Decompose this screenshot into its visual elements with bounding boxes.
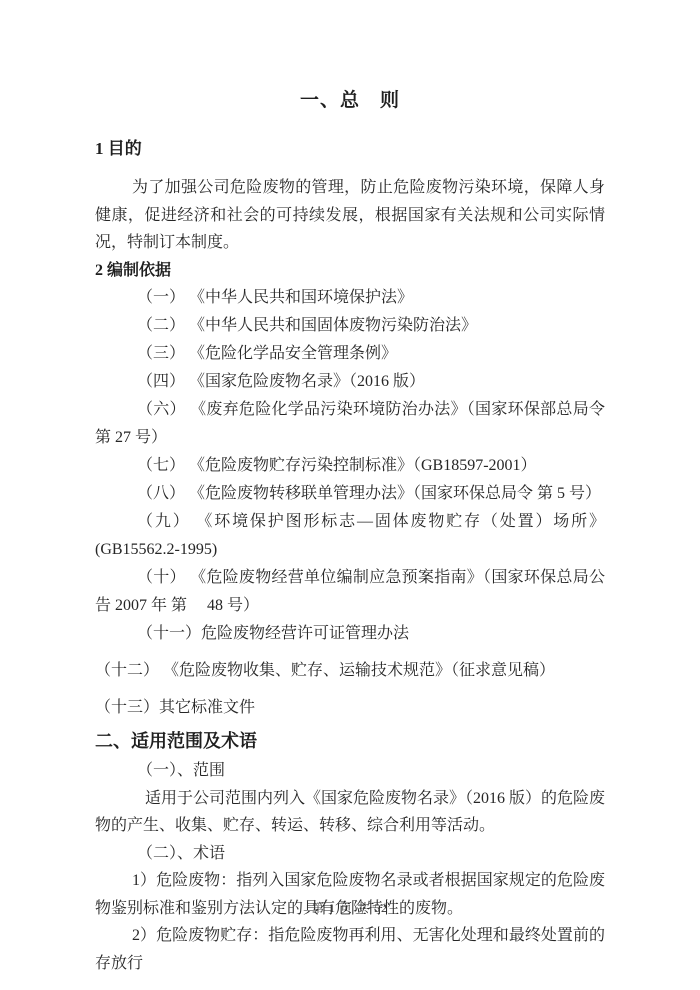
- document-content: 一、总 则 1 目的 为了加强公司危险废物的管理，防止危险废物污染环境，保障人身…: [95, 0, 605, 977]
- basis-item-3: （三） 《危险化学品安全管理条例》: [95, 340, 605, 368]
- basis-item-8: （八） 《危险废物转移联单管理办法》（国家环保总局令 第 5 号）: [95, 480, 605, 508]
- basis-item-13: （十三）其它标准文件: [95, 694, 605, 722]
- purpose-paragraph: 为了加强公司危险废物的管理，防止危险废物污染环境，保障人身健康，促进经济和社会的…: [95, 174, 605, 257]
- basis-item-1: （一） 《中华人民共和国环境保护法》: [95, 284, 605, 312]
- document-page: 一、总 则 1 目的 为了加强公司危险废物的管理，防止危险废物污染环境，保障人身…: [0, 0, 700, 990]
- terms-subheading: （二）、术语: [95, 840, 605, 868]
- basis-item-7: （七） 《危险废物贮存污染控制标准》（GB18597-2001）: [95, 452, 605, 480]
- section-heading-scope-terms: 二、适用范围及术语: [95, 726, 605, 757]
- basis-item-6: （六） 《废弃危险化学品污染环境防治办法》（国家环保部总局令 第 27 号）: [95, 396, 605, 452]
- page-footer: 第 1 页 共 52: [0, 899, 700, 916]
- scope-paragraph: 适用于公司范围内列入《国家危险废物名录》（2016 版）的危险废物的产生、收集、…: [95, 785, 605, 840]
- section-heading-basis: 2 编制依据: [95, 257, 605, 285]
- basis-item-4: （四） 《国家危险废物名录》（2016 版）: [95, 368, 605, 396]
- basis-item-2: （二） 《中华人民共和国固体废物污染防治法》: [95, 312, 605, 340]
- term-definition-2: 2）危险废物贮存：指危险废物再利用、无害化处理和最终处置前的存放行: [95, 922, 605, 977]
- basis-item-10: （十） 《危险废物经营单位编制应急预案指南》（国家环保总局公告 2007 年 第…: [95, 564, 605, 620]
- section-heading-purpose: 1 目的: [95, 136, 605, 162]
- scope-subheading: （一）、范围: [95, 757, 605, 785]
- doc-title: 一、总 则: [95, 0, 605, 114]
- basis-item-12: （十二） 《危险废物收集、贮存、运输技术规范》（征求意见稿）: [95, 657, 605, 685]
- basis-item-11: （十一）危险废物经营许可证管理办法: [95, 620, 605, 648]
- basis-item-9: （九） 《环境保护图形标志—固体废物贮存（处置）场所》(GB15562.2-19…: [95, 508, 605, 564]
